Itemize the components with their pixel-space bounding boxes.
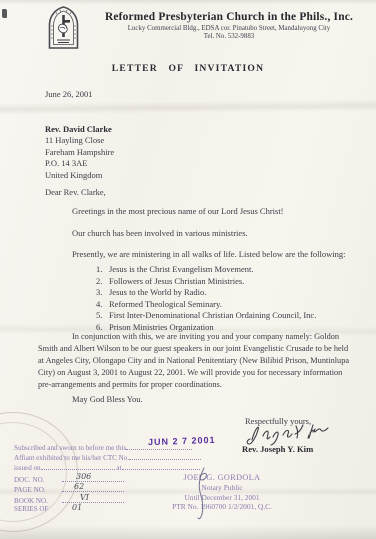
field-doc-no: DOC. NO. 306 (14, 474, 124, 484)
recipient-address-block: Rev. David Clarke 11 Hayling Close Fareh… (45, 124, 114, 181)
dotted-line (62, 474, 124, 482)
handwritten-value: 62 (74, 482, 84, 491)
signer-name: Rev. Joseph Y. Kim (242, 444, 313, 454)
notary-signature-flourish (190, 466, 216, 527)
list-item: 2.Followers of Jesus Christian Ministrie… (96, 276, 316, 288)
field-label: DOC. NO. (14, 476, 62, 484)
org-name: Reformed Presbyterian Church in the Phil… (88, 11, 370, 23)
list-item: 5.First Inter-Denominational Christian O… (96, 310, 316, 322)
list-text: Jesus to the World by Radio. (109, 287, 206, 297)
dotted-line (41, 462, 115, 470)
org-address: Lucky Commercial Bldg., EDSA cor. Pinatu… (88, 25, 370, 32)
notary-ptr-number: PTR No. 1960700 1/2/2001, Q.C. (138, 502, 306, 512)
notary-sworn-text: Subscribed and sworn to before me this (14, 444, 126, 452)
church-arch-cross-logo-icon (47, 6, 80, 49)
recipient-address-line: 11 Hayling Close (45, 135, 114, 146)
notary-register-fields: DOC. NO. 306 PAGE NO. 62 BOOK NO. VI SER… (14, 474, 124, 516)
recipient-name: Rev. David Clarke (45, 124, 114, 135)
notary-date-stamp: JUN 2 7 2001 (148, 435, 216, 447)
recipient-address-line: P.O. 14 3AE (45, 158, 114, 169)
scan-edge-shadow-bottom (0, 525, 376, 539)
list-number: 3. (96, 287, 109, 299)
notary-issued-line: issued on at (14, 462, 200, 472)
notary-commission-until: Until December 31, 2001 (138, 493, 306, 503)
field-label: PAGE NO. (14, 486, 62, 494)
org-telephone: Tel. No. 532-9883 (88, 33, 370, 40)
list-number: 2. (96, 276, 109, 288)
recipient-address-line: United Kingdom (45, 170, 114, 181)
paragraph-invitation: In conjunction with this, we are invitin… (38, 331, 356, 391)
paper-crease (0, 99, 376, 115)
handwritten-value: 01 (72, 503, 82, 512)
dotted-line (122, 462, 200, 470)
field-label: SERIES OF (14, 505, 62, 513)
list-item: 1.Jesus is the Christ Evangelism Movemen… (96, 264, 316, 276)
letter-page: Reformed Presbyterian Church in the Phil… (0, 0, 376, 539)
paragraph-greeting: Greetings in the most precious name of o… (72, 206, 284, 216)
list-number: 5. (96, 310, 109, 322)
notary-commission-block: JOEL G. GORDOLA Notary Public Until Dece… (138, 473, 306, 512)
salutation: Dear Rev. Clarke, (45, 187, 106, 197)
list-item: 4.Reformed Theological Seminary. (96, 299, 316, 311)
field-series-of: SERIES OF 01 (14, 505, 124, 515)
letter-date: June 26, 2001 (45, 89, 92, 99)
dotted-line (62, 484, 124, 492)
notary-title: Notary Public (138, 483, 306, 493)
letter-title: LETTER OF INVITATION (0, 63, 376, 74)
field-label: BOOK NO. (14, 497, 62, 505)
scan-artifact-mark (2, 9, 7, 18)
paragraph-church: Our church has been involved in various … (72, 228, 248, 238)
list-item: 3.Jesus to the World by Radio. (96, 287, 316, 299)
notary-affiant-text: Affiant exhibited to me his/her CTC No. (14, 454, 129, 462)
recipient-address-line: Fareham Hampshire (45, 147, 114, 158)
handwritten-value: VI (80, 493, 89, 502)
blessing-line: May God Bless You. (72, 394, 143, 404)
notary-issued-label: issued on (14, 464, 41, 472)
handwritten-value: 306 (76, 472, 91, 481)
list-text: Jesus is the Christ Evangelism Movement. (109, 264, 254, 274)
list-text: First Inter-Denominational Christian Ord… (109, 310, 316, 320)
field-book-no: BOOK NO. VI (14, 495, 124, 505)
ministries-list: 1.Jesus is the Christ Evangelism Movemen… (96, 264, 316, 334)
list-number: 1. (96, 264, 109, 276)
list-number: 4. (96, 299, 109, 311)
list-text: Followers of Jesus Christian Ministries. (109, 276, 244, 286)
scan-edge-shadow-top (0, 0, 376, 5)
dotted-line (62, 495, 124, 503)
notary-name: JOEL G. GORDOLA (138, 473, 306, 483)
letterhead: Reformed Presbyterian Church in the Phil… (88, 11, 370, 40)
field-page-no: PAGE NO. 62 (14, 484, 124, 494)
dotted-line (129, 452, 201, 460)
notary-affiant-line: Affiant exhibited to me his/her CTC No. (14, 452, 201, 462)
paragraph-presently: Presently, we are ministering in all wal… (72, 249, 346, 259)
list-text: Reformed Theological Seminary. (109, 299, 222, 309)
